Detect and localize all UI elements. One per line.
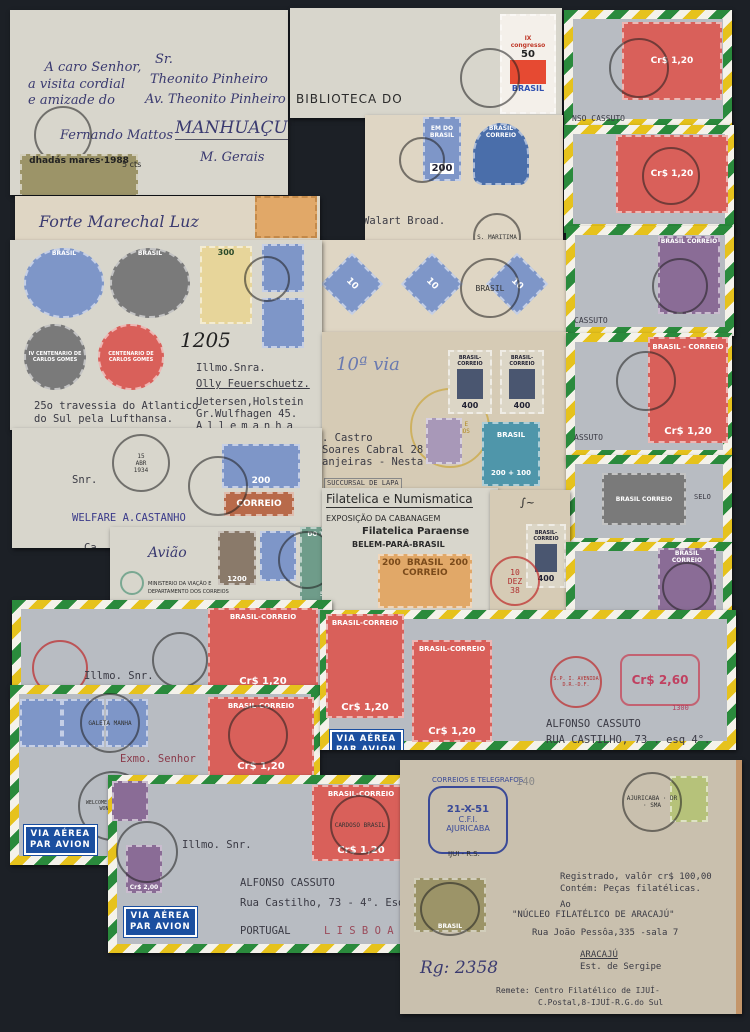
address-line: Walart Broad. xyxy=(365,215,445,228)
cover-dez38: ∫~ BRASIL-CORREIO400 10DEZ38 xyxy=(490,490,570,612)
address-line: Ca xyxy=(84,542,97,548)
cover-diamond-stamps: 10 10 10 BRASIL xyxy=(320,240,568,338)
address-line: ALFONSO CASSUTO xyxy=(240,877,335,890)
city-line: ARACAJÚ xyxy=(580,950,618,961)
printed-line: MINISTERIO DA VIAÇÃO E xyxy=(148,581,211,587)
printed-heading: BIBLIOTECA DO xyxy=(296,92,403,107)
airmail-cover-right-1: Cr$ 1,20 NSO CASSUTO xyxy=(564,10,732,128)
stamp xyxy=(112,781,148,821)
postmark xyxy=(642,147,700,205)
emblem-icon xyxy=(120,571,144,595)
address-city: L I S B O A xyxy=(324,925,394,938)
handwritten-text: Forte Marechal Luz xyxy=(39,212,199,232)
address-line: anjeiras - Nesta xyxy=(322,456,423,469)
subtitle: EXPOSIÇÃO DA CABANAGEM xyxy=(326,514,440,524)
postmark xyxy=(116,821,178,883)
cover-ajuricaba: 21-X-51 C.F.I. AJURICABA CORREIOS E TELE… xyxy=(400,760,742,1014)
stamp: BRASIL-CORREIOCr$ 1,20 xyxy=(412,640,492,742)
address-line: Illmo. Snr. xyxy=(182,839,252,852)
stamp: CENTENARIO DE CARLOS GOMES xyxy=(98,324,164,390)
printed-line: DEPARTAMENTO DOS CORREIOS xyxy=(148,589,229,595)
stamp: BRASIL-CORREIO400 xyxy=(448,350,492,414)
address-line: Sr. xyxy=(155,52,173,68)
postmark xyxy=(420,882,480,936)
sender-line: C.Postal,8-IJUÍ-R.G.do Sul xyxy=(538,998,663,1008)
cover-lufthansa: BRASIL BRASIL 300 IV CENTENARIO DE CARLO… xyxy=(10,240,322,430)
stamp: BRASIL-CORREIOCr$ 1,20 xyxy=(208,608,318,692)
city: BELEM-PARÁ-BRASIL xyxy=(352,540,445,550)
cover-aviao: Avião MINISTERIO DA VIAÇÃO E DEPARTAMENT… xyxy=(110,527,335,602)
recipient-line: "NÚCLEO FILATÉLICO DE ARACAJÚ" xyxy=(512,910,675,921)
souvenir-sheet: 200BRASIL CORREIO200 xyxy=(378,554,472,608)
organization: Filatelica Paraense xyxy=(362,526,469,539)
airmail-cover-lisboa: Cr$ 2,00 Illmo. Snr. ALFONSO CASSUTO Rua… xyxy=(108,775,416,953)
postmark xyxy=(152,632,208,688)
stamp-value: 5 cts xyxy=(122,160,141,170)
postmark xyxy=(399,137,445,183)
postmark xyxy=(460,48,520,108)
stamp xyxy=(255,196,317,238)
airmail-cover-right-5: BRASIL CORREIO SELO xyxy=(566,455,732,547)
sender-line: Remete: Centro Filatélico de IJUÍ- xyxy=(496,986,660,996)
registration-number: 1205 xyxy=(180,328,231,353)
address-line: Av. Theonito Pinheiro xyxy=(145,92,286,108)
note-line: 25o travessia do Atlantico xyxy=(34,400,198,413)
address-line: RUA CASTILHO, 73 . esq 4°. xyxy=(546,734,710,747)
stamp: 1200 xyxy=(218,531,256,585)
address-line: ALFONSO CASSUTO xyxy=(546,718,641,731)
address-line: Exmo. Senhor xyxy=(120,753,196,766)
note-line: do Sul pela Lufthansa. xyxy=(34,413,173,426)
postmark xyxy=(652,258,708,314)
stamp: 10 xyxy=(321,253,383,315)
postmark: 10DEZ38 xyxy=(490,556,540,606)
meter-mark: Cr$ 2,60 xyxy=(620,654,700,706)
handwritten-text: 10ª via xyxy=(336,354,400,377)
indicia-stamp: BRASIL CORREIO xyxy=(473,123,529,185)
stamp: BRASIL xyxy=(110,248,190,318)
stamp xyxy=(20,699,62,747)
recipient-line: Rua João Pessôa,335 -sala 7 xyxy=(532,928,678,939)
pencil-note: 140 xyxy=(516,776,535,789)
cover-castro: 10ª via CORREIOS E TELEGRAPHOS BRASIL-CO… xyxy=(322,332,568,492)
postmark: S.P. I. AVENIDA D.R.-D.F. xyxy=(550,656,602,708)
typed-text: CASSUTO xyxy=(574,316,608,326)
handwritten-text: Avião xyxy=(148,545,187,563)
airmail-label: VIA AÉREAPAR AVION xyxy=(330,730,403,750)
stamp: 10 xyxy=(401,253,463,315)
postmark: 15ABR1934 xyxy=(112,434,170,492)
address-line: Snr. xyxy=(72,474,97,487)
cachet-heading: CORREIOS E TELEGRAFOS xyxy=(432,776,523,785)
postmark: S. MARITIMA xyxy=(473,213,521,240)
postmark: GALETA MANHA xyxy=(80,693,140,753)
city-line: Est. de Sergipe xyxy=(580,962,661,973)
stamp: BRASIL200 + 100 xyxy=(482,422,540,486)
postmark xyxy=(228,705,288,765)
postmark: AJURICABA · DR · SMA xyxy=(622,772,682,832)
signature: ∫~ xyxy=(520,496,535,510)
address-state: M. Gerais xyxy=(200,150,264,166)
meter-number: 1300 xyxy=(672,704,689,713)
airmail-cover-right-2: Cr$ 1,20 xyxy=(564,125,734,233)
typed-line: Registrado, valôr cr$ 100,00 xyxy=(560,872,712,883)
postmark xyxy=(609,38,669,98)
airmail-label: VIA AÉREAPAR AVION xyxy=(124,907,197,937)
cachet: 21-X-51 C.F.I. AJURICABA xyxy=(428,786,508,854)
stamp: IV CENTENARIO DE CARLOS GOMES xyxy=(24,324,86,390)
address-line: Rua Castilho, 73 - 4°. Esq. xyxy=(240,897,411,910)
postmark: CARDOSO BRASIL xyxy=(330,795,390,855)
stamp xyxy=(426,418,462,464)
typed-text: NSO CASSUTO xyxy=(572,114,625,124)
postmark: BRASIL xyxy=(460,258,520,318)
airmail-cover-right-4: BRASIL - CORREIOCr$ 1,20 ASSUTO xyxy=(566,333,732,459)
postmark xyxy=(616,351,676,411)
postmark xyxy=(244,256,290,302)
cachet-footer: IJUI - R.S. xyxy=(448,850,480,859)
stamp: BRASIL xyxy=(24,248,104,318)
postal-stationery-envelope: EM DO BRASIL 200 BRASIL CORREIO Walart B… xyxy=(365,115,563,240)
airmail-cover-right-3: BRASIL CORREIO CASSUTO xyxy=(566,226,734,336)
postmark xyxy=(188,456,248,516)
title: Filatelica e Numismatica xyxy=(326,492,473,508)
address-line: Olly Feuerschuetz. xyxy=(196,378,310,391)
cover-biblioteca: BIBLIOTECA DO IX congresso 50 BRASIL xyxy=(290,8,562,118)
address-line: Illmo.Snra. xyxy=(196,362,266,375)
postcard-manhuacu: A caro Senhor,a visita cordiale amizade … xyxy=(10,10,288,195)
cover-filatelica: Filatelica e Numismatica EXPOSIÇÃO DA CA… xyxy=(322,488,498,610)
typed-text: SELO xyxy=(694,493,711,502)
typed-line: Contém: Peças filatélicas. xyxy=(560,884,701,895)
airmail-label: VIA AÉREAPAR AVION xyxy=(24,825,97,855)
stamp: BRASIL-CORREIO400 xyxy=(500,350,544,414)
stamp: BRASIL-CORREIOCr$ 1,20 xyxy=(326,614,404,718)
airmail-cover-alfonso: BRASIL-CORREIOCr$ 1,20 BRASIL-CORREIOCr$… xyxy=(320,610,736,750)
typed-text: ASSUTO xyxy=(574,433,603,443)
registration-number: Rg: 2358 xyxy=(420,958,498,979)
stamp: BRASIL CORREIO xyxy=(602,473,686,525)
stamp xyxy=(262,298,304,348)
address-line: WELFARE A.CASTANHO xyxy=(72,512,186,525)
address-line: Theonito Pinheiro xyxy=(150,72,268,88)
address-city: MANHUAÇU xyxy=(175,118,288,140)
postmark xyxy=(662,562,712,612)
address-country: PORTUGAL xyxy=(240,925,291,938)
stamp: dhadás mares·1988 xyxy=(20,154,138,195)
address-line: Illmo. Snr. xyxy=(84,670,154,683)
